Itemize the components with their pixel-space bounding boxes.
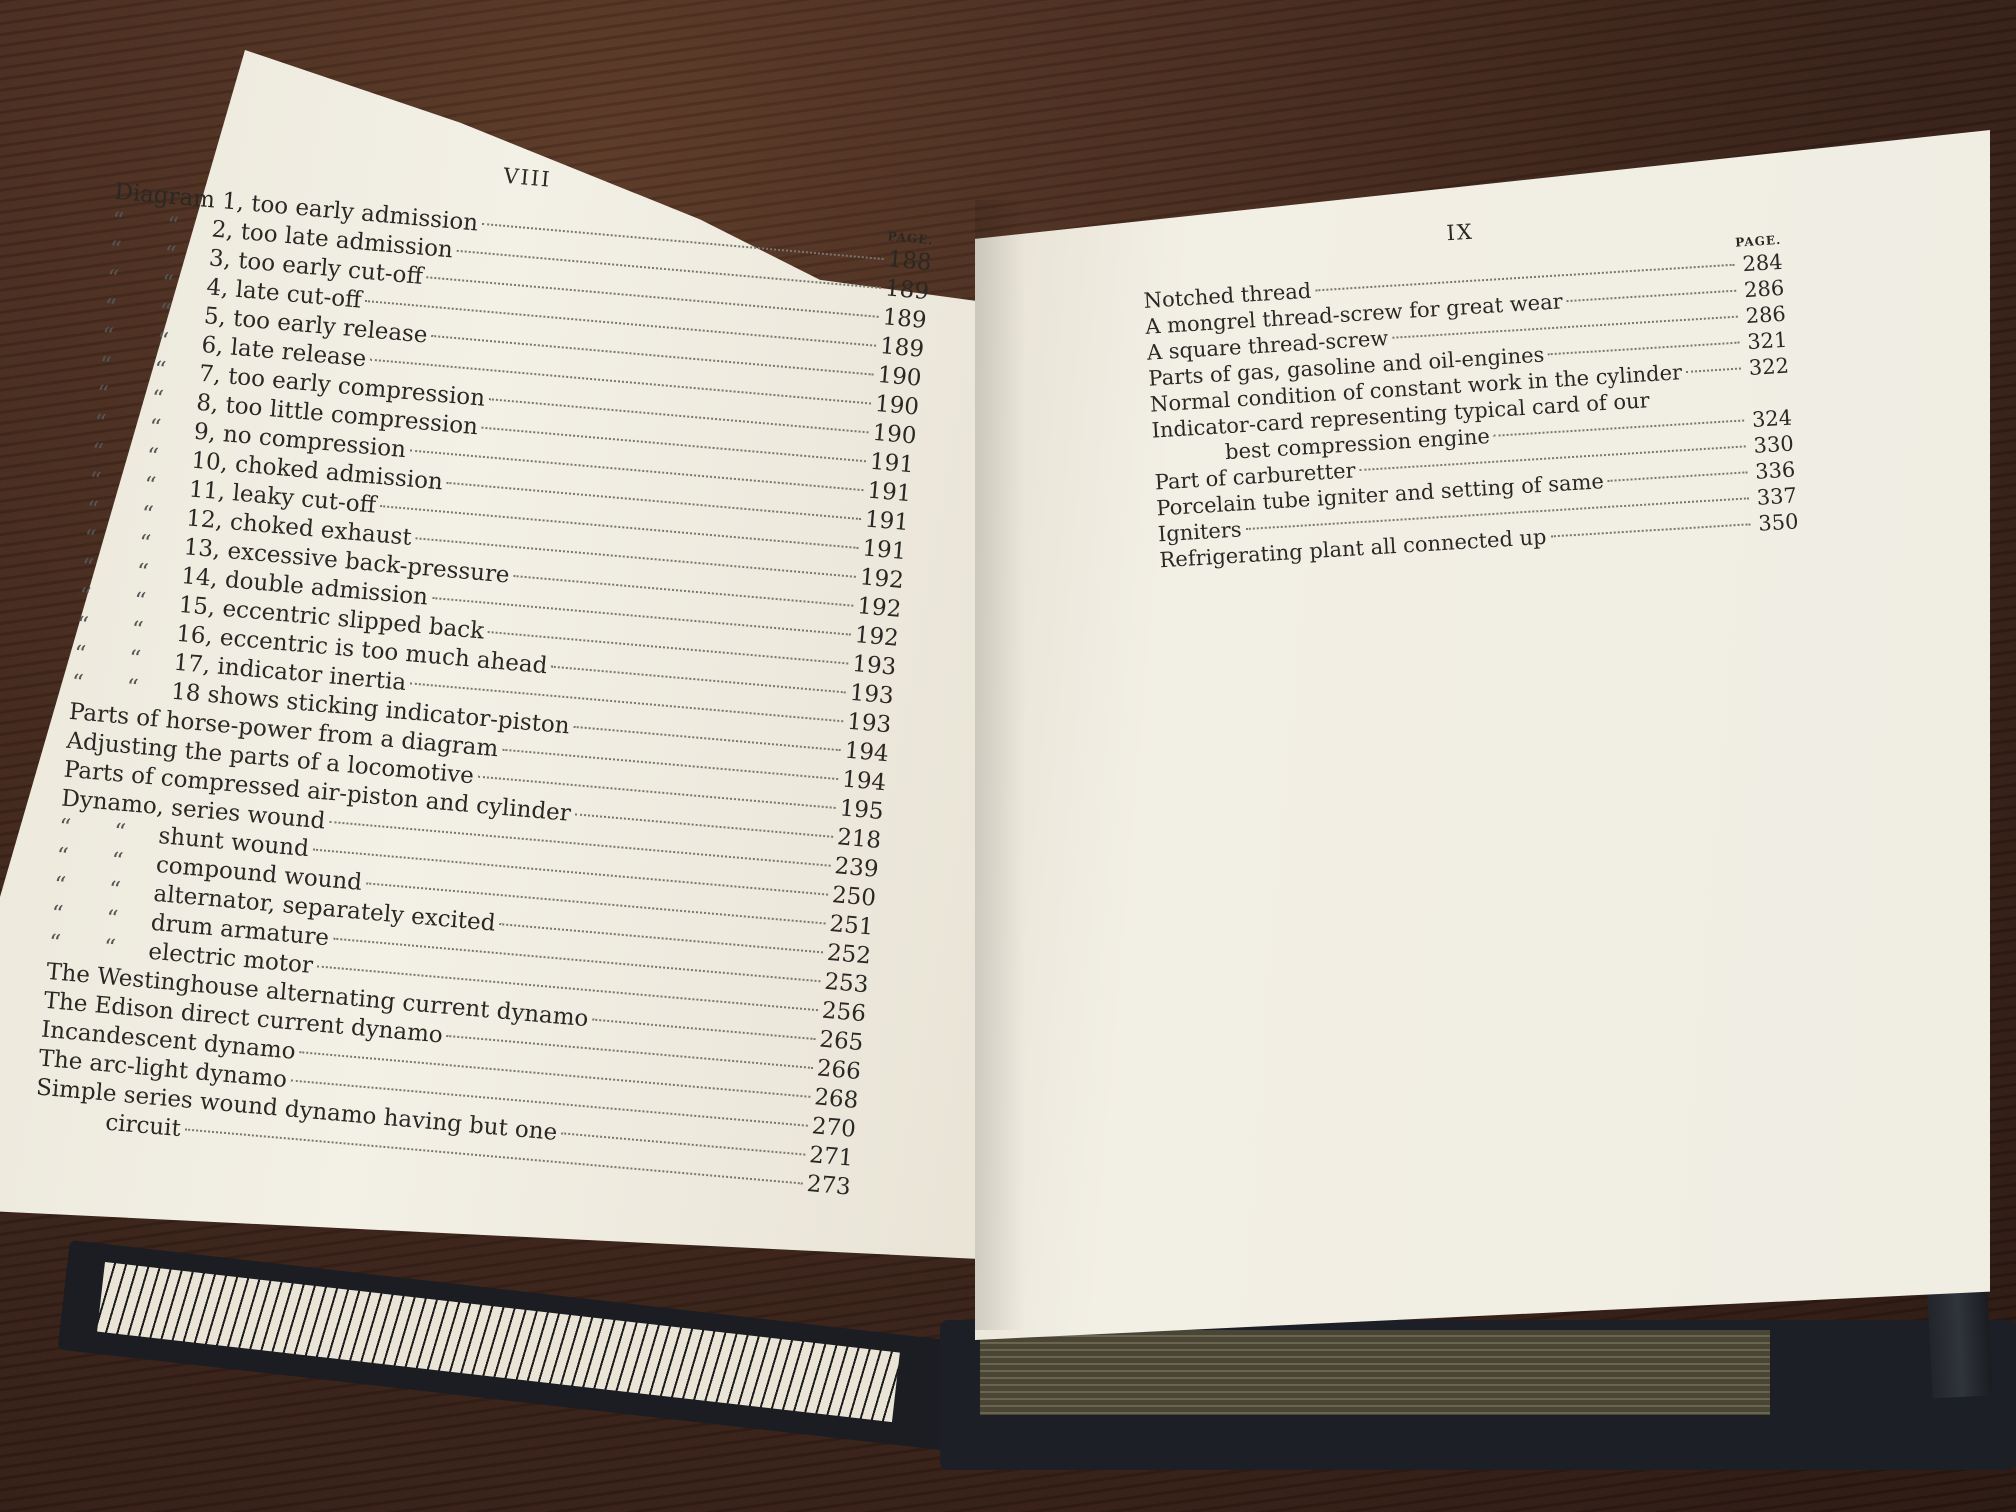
page-number: 188	[886, 245, 932, 278]
page-number: 192	[856, 592, 902, 625]
page-number: 192	[853, 621, 899, 654]
dot-leader	[1550, 523, 1750, 537]
dot-leader	[1548, 342, 1739, 356]
page-number: 194	[841, 765, 887, 798]
page-number: 193	[851, 650, 897, 683]
dot-leader	[1608, 471, 1748, 482]
page-number: 266	[816, 1054, 862, 1087]
page-number: 273	[805, 1170, 851, 1203]
illustration-list-left: Diagram 1, too early admission 188 “ “ 2…	[32, 178, 932, 1203]
page-number: 324	[1747, 405, 1793, 434]
page-number: 268	[813, 1083, 859, 1116]
page-number: 265	[818, 1025, 864, 1058]
page-number: 190	[871, 419, 917, 452]
page-number: 271	[808, 1141, 854, 1174]
dot-leader	[1566, 290, 1736, 302]
gutter-shadow	[975, 200, 1025, 1330]
page-number: 189	[884, 274, 930, 307]
page-number: 190	[876, 361, 922, 394]
page-number: 350	[1754, 508, 1800, 537]
page-number: 189	[881, 303, 927, 336]
page-number: 194	[843, 737, 889, 770]
page-number: 218	[836, 823, 882, 856]
page-number: 191	[869, 448, 915, 481]
page-number	[1747, 399, 1791, 402]
page-number: 191	[861, 534, 907, 567]
page-number: 253	[823, 968, 869, 1001]
page-number: 336	[1751, 456, 1797, 485]
page-number: 191	[866, 477, 912, 510]
page-number: 239	[833, 852, 879, 885]
dot-leader	[1494, 419, 1744, 436]
dot-leader	[1686, 368, 1741, 373]
page-number: 256	[821, 997, 867, 1030]
page-number: 286	[1741, 301, 1787, 330]
page-number: 337	[1752, 482, 1798, 511]
page-number: 284	[1738, 249, 1784, 278]
page-number: 330	[1749, 430, 1795, 459]
page-number: 252	[826, 939, 872, 972]
page-number: 321	[1743, 327, 1789, 356]
page-number: 189	[879, 332, 925, 365]
illustration-list-right: Notched thread 284 A mongrel thread-scre…	[1143, 249, 1799, 574]
page-number: 191	[864, 505, 910, 538]
left-page-text: VIII PAGE. Diagram 1, too early admissio…	[32, 130, 936, 1203]
dot-leader	[1653, 396, 1742, 401]
right-page-text: IX PAGE. Notched thread 284 A mongrel th…	[1140, 201, 1799, 573]
page-number: 322	[1744, 353, 1790, 382]
page-number: 286	[1739, 275, 1785, 304]
ditto-marks	[33, 1123, 69, 1126]
page-number: 250	[831, 881, 877, 914]
page-stack-right	[980, 1330, 1770, 1415]
page-number: 190	[874, 390, 920, 423]
page-number: 193	[848, 679, 894, 712]
page-number: 195	[838, 794, 884, 827]
page-number: 192	[859, 563, 905, 596]
page-number: 270	[811, 1112, 857, 1145]
ditto-marks	[1154, 461, 1190, 463]
page-number: 193	[846, 708, 892, 741]
page-number: 251	[828, 910, 874, 943]
